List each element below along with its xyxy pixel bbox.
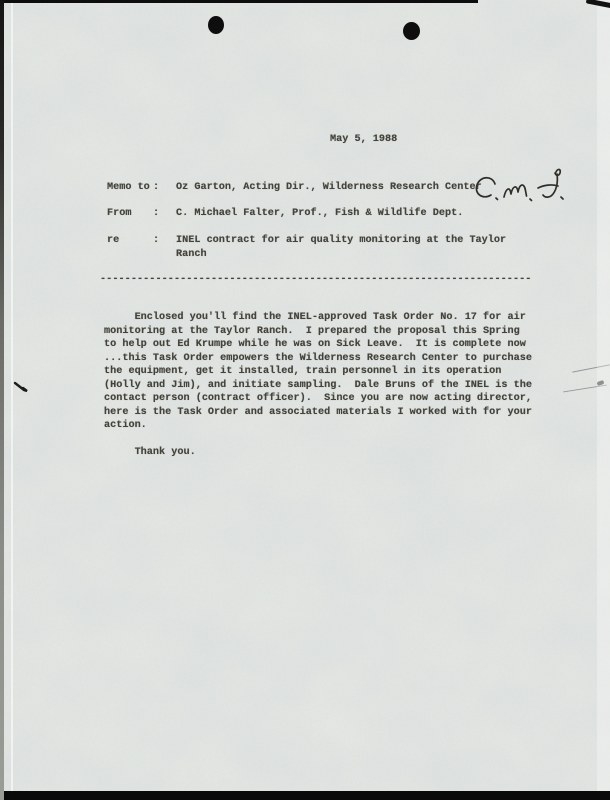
memo-from-label: From bbox=[107, 207, 131, 221]
left-fold-line bbox=[11, 0, 13, 795]
top-edge-bar bbox=[0, 0, 478, 3]
body-paragraph: Enclosed you'll find the INEL-approved T… bbox=[104, 311, 532, 433]
left-edge-shadow bbox=[0, 0, 4, 800]
memo-to-label: Memo to bbox=[107, 181, 150, 195]
separator-line: ----------------------------------------… bbox=[100, 273, 531, 287]
memo-to-colon: : bbox=[153, 181, 159, 195]
memo-re-colon: : bbox=[153, 234, 159, 248]
memo-re-label: re bbox=[107, 234, 119, 248]
right-edge-highlight bbox=[597, 0, 610, 792]
pen-mark bbox=[12, 380, 32, 396]
punch-hole bbox=[403, 22, 420, 40]
closing-text: Thank you. bbox=[104, 446, 196, 460]
punch-hole bbox=[208, 16, 224, 34]
memo-date: May 5, 1988 bbox=[330, 133, 397, 147]
memo-re-value: INEL contract for air quality monitoring… bbox=[176, 234, 546, 261]
signature-initials bbox=[468, 166, 568, 224]
memo-from-colon: : bbox=[153, 207, 159, 221]
scanned-memo-page: May 5, 1988 Memo to : Oz Garton, Acting … bbox=[0, 0, 610, 800]
bottom-edge-bar bbox=[0, 791, 610, 800]
